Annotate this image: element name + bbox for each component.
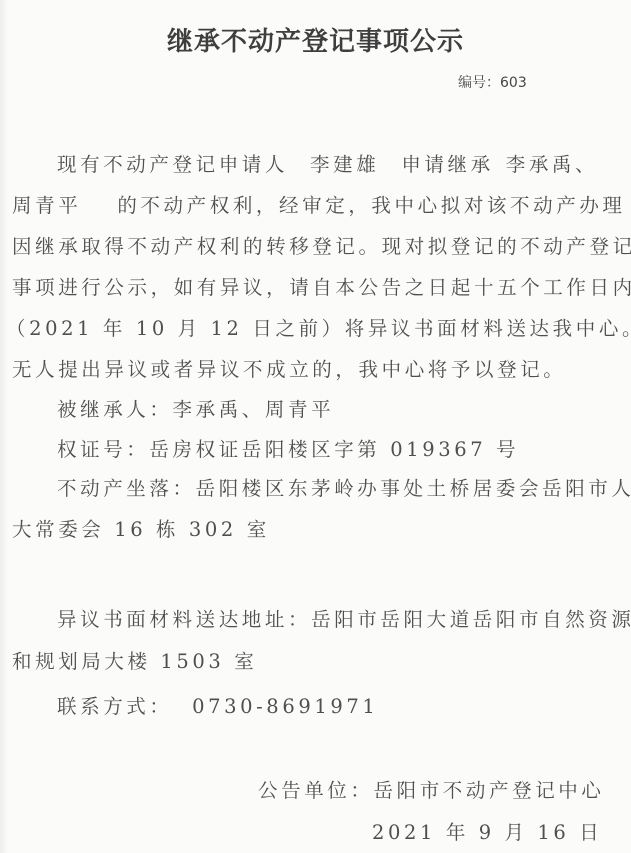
objection-address-line-1: 异议书面材料送达地址：岳阳市岳阳大道岳阳市自然资源 [57,608,631,632]
body-text: 现有不动产登记申请人 [57,153,288,176]
contact-line: 联系方式： 0730-8691971 [57,695,378,719]
certificate-line: 权证号：岳房权证岳阳楼区字第 019367 号 [57,438,519,462]
location-line-1: 不动产坐落：岳阳楼区东茅岭办事处土桥居委会岳阳市人 [57,477,631,501]
body-text: 申请继承 [401,153,493,176]
page-title: 继承不动产登记事项公示 [0,21,631,58]
issuer-line: 公告单位：岳阳市不动产登记中心 [258,779,605,803]
location-line-2: 大常委会 16 栋 302 室 [12,518,270,542]
decedent-name: 周青平 [12,194,81,217]
body-line-6: 无人提出异议或者异议不成立的，我中心将予以登记。 [12,358,566,382]
date-line: 2021 年 9 月 16 日 [372,821,602,845]
scan-edge [0,0,8,853]
decedent-name: 李承禹、 [506,153,598,176]
objection-address-line-2: 和规划局大楼 1503 室 [12,650,257,674]
document-number: 编号：603 [458,72,527,92]
body-line-2: 周青平的不动产权利，经审定，我中心拟对该不动产办理 [12,194,626,218]
body-line-5: （2021 年 10 月 12 日之前）将异议书面材料送达我中心。逾期 [6,317,631,341]
decedents-line: 被继承人：李承禹、周青平 [57,398,334,422]
body-text: 的不动产权利，经审定，我中心拟对该不动产办理 [117,194,625,217]
body-line-1: 现有不动产登记申请人李建雄申请继承李承禹、 [57,153,598,177]
applicant-name: 李建雄 [310,153,379,176]
body-line-3: 因继承取得不动产权利的转移登记。现对拟登记的不动产登记 [12,235,631,259]
body-line-4: 事项进行公示，如有异议，请自本公告之日起十五个工作日内 [12,276,631,300]
